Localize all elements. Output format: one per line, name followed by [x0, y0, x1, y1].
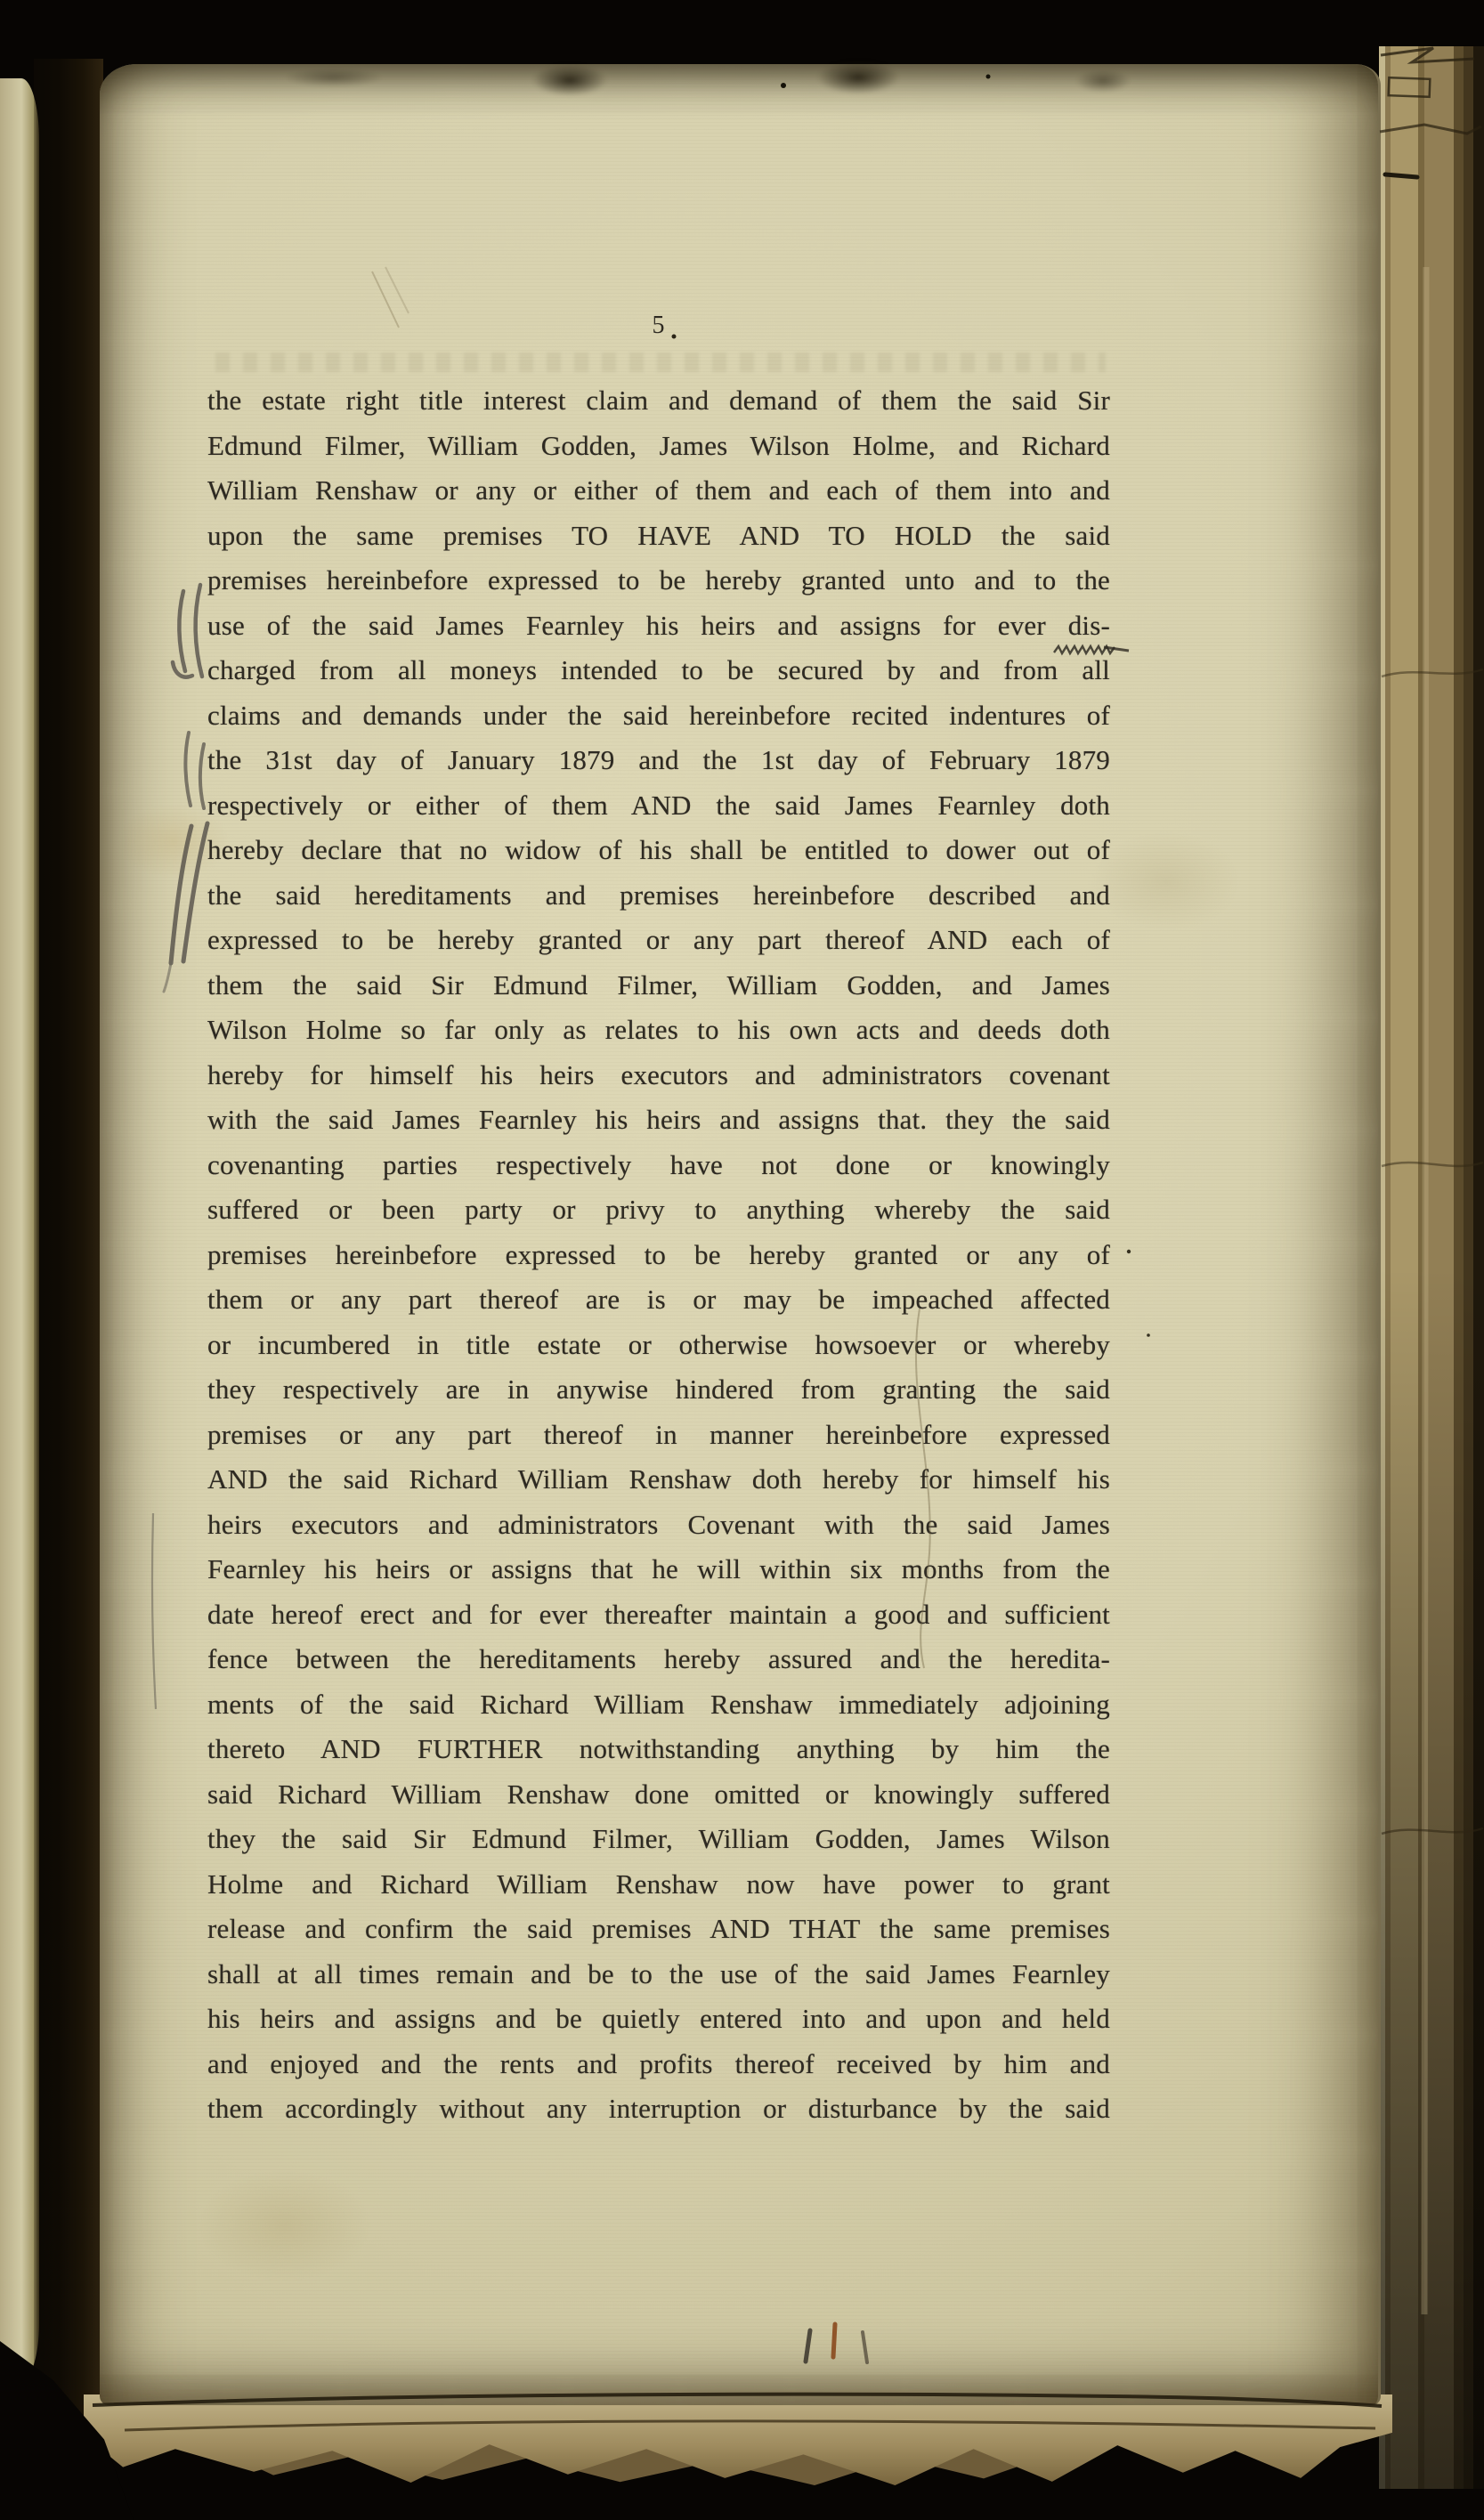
- text-line: ments of the said Richard William Rensha…: [207, 1682, 1110, 1728]
- text-line: premises or any part thereof in manner h…: [207, 1413, 1110, 1458]
- text-line: suffered or been party or privy to anyth…: [207, 1187, 1110, 1233]
- text-line: with the said James Fearnley his heirs a…: [207, 1098, 1110, 1143]
- text-line: fence between the hereditaments hereby a…: [207, 1637, 1110, 1682]
- document-text: the estate right title interest claim an…: [207, 378, 1110, 2132]
- text-line: AND the said Richard William Renshaw dot…: [207, 1457, 1110, 1503]
- text-line: the estate right title interest claim an…: [207, 378, 1110, 424]
- text-line: the said hereditaments and premises here…: [207, 873, 1110, 919]
- text-line: them the said Sir Edmund Filmer, William…: [207, 963, 1110, 1009]
- text-line: said Richard William Renshaw done omitte…: [207, 1772, 1110, 1818]
- text-line: use of the said James Fearnley his heirs…: [207, 604, 1110, 649]
- text-line: hereby for himself his heirs executors a…: [207, 1053, 1110, 1098]
- text-line: the 31st day of January 1879 and the 1st…: [207, 738, 1110, 783]
- text-line: Fearnley his heirs or assigns that he wi…: [207, 1547, 1110, 1592]
- text-line: premises hereinbefore expressed to be he…: [207, 558, 1110, 604]
- top-edge-smudge: [1075, 69, 1131, 93]
- text-line: respectively or either of them AND the s…: [207, 783, 1110, 829]
- text-line: them accordingly without any interruptio…: [207, 2086, 1110, 2132]
- top-edge-smudge: [532, 64, 607, 96]
- scanned-book-photo: { "page": { "number": "5", "lines": [ "t…: [0, 0, 1484, 2520]
- text-line: they the said Sir Edmund Filmer, William…: [207, 1817, 1110, 1862]
- ink-bleedthrough: [215, 352, 1106, 372]
- text-line: date hereof erect and for ever thereafte…: [207, 1592, 1110, 1638]
- text-line: heirs executors and administrators Coven…: [207, 1503, 1110, 1548]
- text-line: upon the same premises TO HAVE AND TO HO…: [207, 514, 1110, 559]
- text-line: hereby declare that no widow of his shal…: [207, 828, 1110, 873]
- text-line: premises hereinbefore expressed to be he…: [207, 1233, 1110, 1278]
- top-edge-smudge: [817, 61, 899, 94]
- text-line: they respectively are in anywise hindere…: [207, 1367, 1110, 1413]
- text-line: them or any part thereof are is or may b…: [207, 1277, 1110, 1323]
- text-line: charged from all moneys intended to be s…: [207, 648, 1110, 693]
- top-edge-smudge: [285, 68, 383, 87]
- text-line: Holme and Richard William Renshaw now ha…: [207, 1862, 1110, 1908]
- text-line: expressed to be hereby granted or any pa…: [207, 918, 1110, 963]
- text-line: shall at all times remain and be to the …: [207, 1952, 1110, 1997]
- text-line: Edmund Filmer, William Godden, James Wil…: [207, 424, 1110, 469]
- page-number: 5: [207, 312, 1110, 340]
- text-line: covenanting parties respectively have no…: [207, 1143, 1110, 1188]
- text-line: claims and demands under the said herein…: [207, 693, 1110, 739]
- text-line: release and confirm the said premises AN…: [207, 1907, 1110, 1952]
- text-line: his heirs and assigns and be quietly ent…: [207, 1997, 1110, 2042]
- page-edges-stack: [1379, 46, 1484, 2489]
- text-line: thereto AND FURTHER notwithstanding anyt…: [207, 1727, 1110, 1772]
- text-line: William Renshaw or any or either of them…: [207, 468, 1110, 514]
- text-line: or incumbered in title estate or otherwi…: [207, 1323, 1110, 1368]
- text-line: and enjoyed and the rents and profits th…: [207, 2042, 1110, 2087]
- book-gutter-shadow: [34, 59, 103, 2422]
- text-line: Wilson Holme so far only as relates to h…: [207, 1008, 1110, 1053]
